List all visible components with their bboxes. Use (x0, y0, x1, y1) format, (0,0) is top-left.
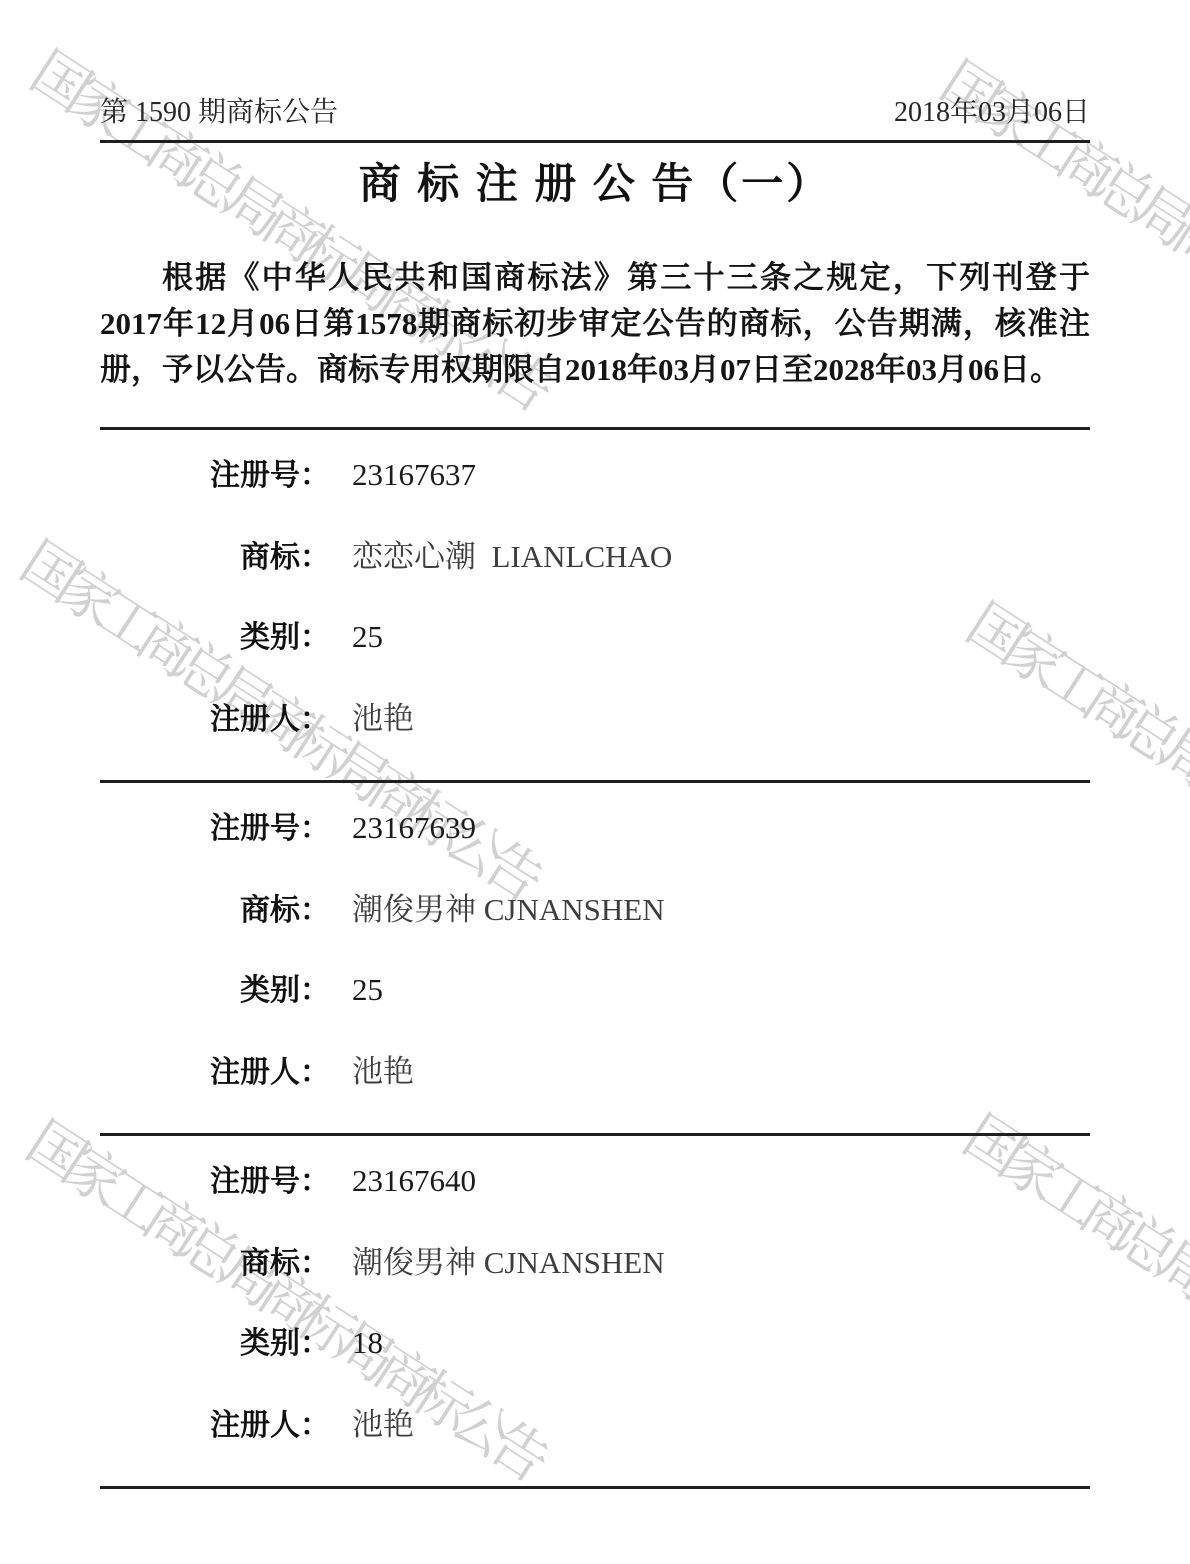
page-header: 第 1590 期商标公告 2018年03月06日 (100, 0, 1090, 130)
registrant-label: 注册人： (100, 1400, 330, 1444)
record-row-registrant: 注册人： 池艳 (100, 1399, 1090, 1433)
registrant-label: 注册人： (100, 694, 330, 738)
page-title: 商 标 注 册 公 告（一） (0, 151, 1190, 211)
category-value: 25 (352, 972, 383, 1008)
category-value: 25 (352, 619, 383, 655)
record-list: 注册号： 23167637 商标： 恋恋心潮 LIANLCHAO 类别： 25 … (0, 427, 1190, 1489)
category-label: 类别： (100, 612, 330, 656)
trademark-label: 商标： (100, 532, 330, 576)
registrant-value: 池艳 (352, 1399, 414, 1444)
record-row-trademark: 商标： 恋恋心潮 LIANLCHAO (100, 531, 1090, 565)
record-row-regno: 注册号： 23167639 (100, 803, 1090, 837)
trademark-value: 潮俊男神 CJNANSHEN (352, 884, 665, 929)
registrant-value: 池艳 (352, 1046, 414, 1091)
category-label: 类别： (100, 965, 330, 1009)
record-row-regno: 注册号： 23167637 (100, 450, 1090, 484)
trademark-record: 注册号： 23167637 商标： 恋恋心潮 LIANLCHAO 类别： 25 … (100, 427, 1090, 780)
regno-value: 23167640 (352, 1163, 476, 1199)
record-row-trademark: 商标： 潮俊男神 CJNANSHEN (100, 1237, 1090, 1271)
record-row-regno: 注册号： 23167640 (100, 1156, 1090, 1190)
trademark-record: 注册号： 23167639 商标： 潮俊男神 CJNANSHEN 类别： 25 … (100, 780, 1090, 1133)
record-row-registrant: 注册人： 池艳 (100, 693, 1090, 727)
gazette-page: 第 1590 期商标公告 2018年03月06日 商 标 注 册 公 告（一） … (0, 0, 1190, 1489)
trademark-label: 商标： (100, 885, 330, 929)
trademark-record: 注册号： 23167640 商标： 潮俊男神 CJNANSHEN 类别： 18 … (100, 1133, 1090, 1486)
intro-paragraph: 根据《中华人民共和国商标法》第三十三条之规定，下列刊登于2017年12月06日第… (100, 255, 1090, 393)
record-row-category: 类别： 18 (100, 1318, 1090, 1352)
category-label: 类别： (100, 1318, 330, 1362)
record-row-registrant: 注册人： 池艳 (100, 1046, 1090, 1080)
header-rule (100, 140, 1090, 143)
category-value: 18 (352, 1325, 383, 1361)
regno-label: 注册号： (100, 450, 330, 494)
header-date: 2018年03月06日 (894, 90, 1090, 130)
issue-label: 第 1590 期商标公告 (100, 90, 338, 130)
registrant-label: 注册人： (100, 1047, 330, 1091)
regno-value: 23167639 (352, 810, 476, 846)
trademark-label: 商标： (100, 1238, 330, 1282)
regno-value: 23167637 (352, 457, 476, 493)
record-row-category: 类别： 25 (100, 965, 1090, 999)
regno-label: 注册号： (100, 1156, 330, 1200)
regno-label: 注册号： (100, 803, 330, 847)
record-row-trademark: 商标： 潮俊男神 CJNANSHEN (100, 884, 1090, 918)
bottom-rule (100, 1486, 1090, 1489)
record-row-category: 类别： 25 (100, 612, 1090, 646)
trademark-value: 潮俊男神 CJNANSHEN (352, 1237, 665, 1282)
trademark-value: 恋恋心潮 LIANLCHAO (352, 531, 672, 576)
registrant-value: 池艳 (352, 693, 414, 738)
